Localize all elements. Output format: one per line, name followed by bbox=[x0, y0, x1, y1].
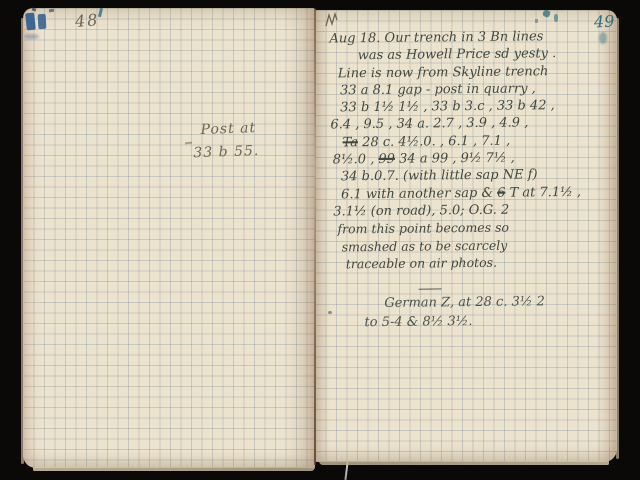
note-line: to 5-4 & 8½ 3½. bbox=[364, 313, 616, 333]
pencil-dash-mark bbox=[185, 142, 192, 144]
pencil-note-line: Post at bbox=[200, 117, 259, 142]
binding-crease bbox=[314, 9, 316, 465]
left-page: 48 Post at 33 b 55. bbox=[23, 8, 315, 468]
note-line: traceable on air photos. bbox=[346, 253, 616, 273]
blue-ink-mark bbox=[38, 14, 47, 29]
note-segment: 6.4 , 9.5 , 34 a. 2.7 , 3.9 , 4.9 , bbox=[330, 116, 528, 133]
note-segment: German Z, at 28 c. 3½ 2 bbox=[384, 294, 545, 311]
page-number-left: 48 bbox=[74, 10, 100, 31]
note-segment: 34 b.0.7. (with little sap NE f) bbox=[341, 168, 538, 185]
ink-tick-mark bbox=[32, 8, 37, 12]
ink-tick-mark bbox=[49, 9, 54, 13]
blue-ink-mark bbox=[554, 14, 558, 22]
note-segment: 33 b 1½ 1½ , 33 b 3.c , 33 b 42 , bbox=[340, 98, 555, 115]
note-segment: 33 a 8.1 gap - post in quarry , bbox=[340, 81, 536, 98]
note-segment: 8½.0 , bbox=[333, 152, 379, 167]
pencil-squiggle-mark bbox=[325, 12, 339, 28]
note-segment: T at 7.1½ , bbox=[505, 185, 581, 201]
pencil-note-line: 33 b 55. bbox=[193, 140, 260, 165]
pencil-note: Post at 33 b 55. bbox=[200, 117, 260, 165]
note-segment-struck: Ta bbox=[343, 135, 359, 150]
pencil-dot-mark bbox=[328, 311, 332, 314]
blue-ink-mark bbox=[542, 9, 551, 18]
note-segment: 3.1½ (on road), 5.0; O.G. 2 bbox=[333, 203, 509, 220]
note-segment: Aug 18. Our trench in 3 Bn lines bbox=[329, 29, 543, 46]
notebook-photo: 48 Post at 33 b 55. 49 Aug 18. Our trenc… bbox=[0, 0, 640, 480]
note-line: German Z, at 28 c. 3½ 2 bbox=[384, 294, 616, 314]
note-segment: Line is now from Skyline trench bbox=[338, 64, 549, 81]
note-segment: from this point becomes so bbox=[337, 220, 509, 237]
note-segment: 28 c. 4½.0. , 6.1 , 7.1 , bbox=[358, 133, 510, 150]
note-segment: —— bbox=[418, 282, 440, 297]
right-page: 49 Aug 18. Our trench in 3 Bn lineswas a… bbox=[315, 10, 617, 462]
note-segment: 6.1 with another sap & bbox=[341, 185, 497, 202]
blue-ink-smudge bbox=[24, 34, 39, 39]
note-segment: 34 a 99 , 9½ 7½ , bbox=[395, 151, 515, 167]
blue-ink-mark bbox=[535, 19, 538, 23]
note-segment: to 5-4 & 8½ 3½. bbox=[364, 314, 472, 330]
note-segment: was as Howell Price sd yesty . bbox=[358, 46, 557, 63]
note-segment: smashed as to be scarcely bbox=[342, 237, 508, 254]
note-segment-struck: 99 bbox=[378, 152, 395, 167]
note-segment: traceable on air photos. bbox=[346, 255, 497, 272]
blue-ink-mark bbox=[25, 13, 36, 31]
handwritten-note: Aug 18. Our trench in 3 Bn lineswas as H… bbox=[329, 29, 616, 334]
